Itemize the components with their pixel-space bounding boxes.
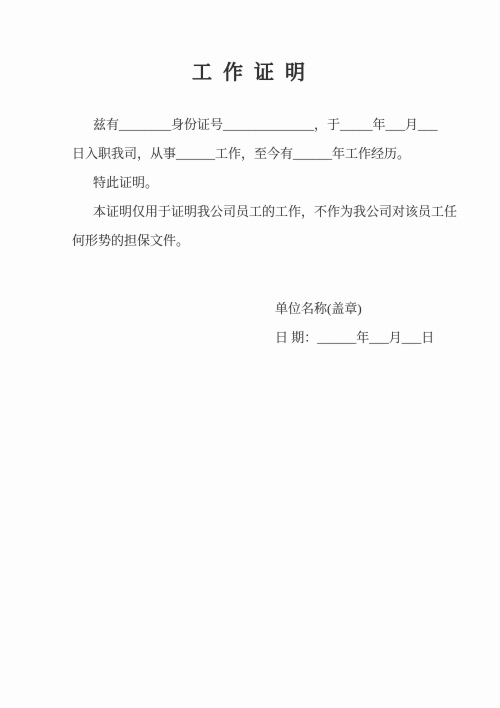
signature-block: 单位名称(盖章) 日 期：______年___月___日 <box>275 294 434 352</box>
paragraph-3-line-2: 何形势的担保文件。 <box>72 226 445 255</box>
date-line: 日 期：______年___月___日 <box>275 323 434 352</box>
paragraph-3-line-1: 本证明仅用于证明我公司员工的工作，不作为我公司对该员工任 <box>72 197 445 226</box>
paragraph-1-line-1: 兹有________身份证号______________，于_____年___月… <box>72 110 445 139</box>
document-title: 工 作 证 明 <box>0 56 500 85</box>
document-body: 兹有________身份证号______________，于_____年___月… <box>72 110 445 255</box>
paragraph-1-line-2: 日入职我司，从事______工作，至今有______年工作经历。 <box>72 139 445 168</box>
company-seal-label: 单位名称(盖章) <box>275 294 434 323</box>
paragraph-2: 特此证明。 <box>72 168 445 197</box>
work-certificate-page: 工 作 证 明 兹有________身份证号______________，于__… <box>0 0 500 708</box>
